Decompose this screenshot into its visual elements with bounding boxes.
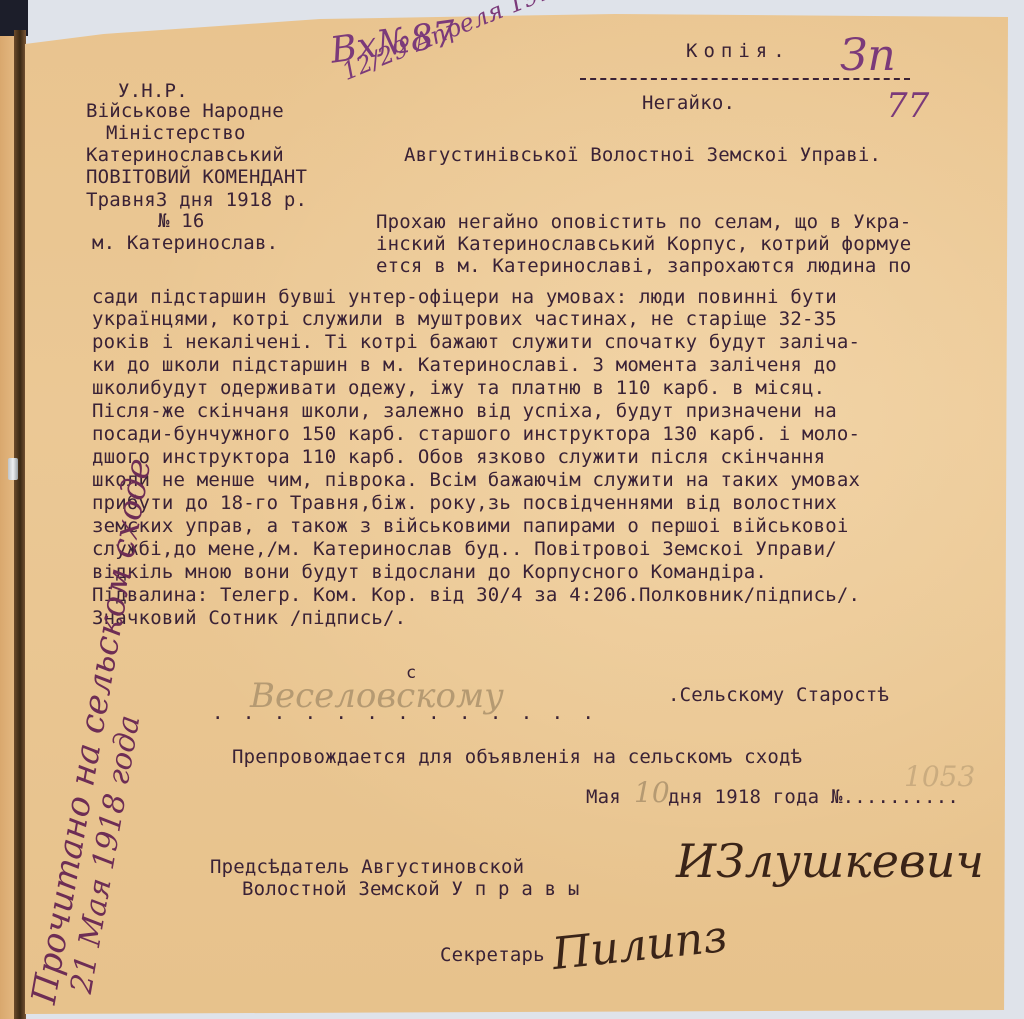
body-line: Підвалина: Телегр. Ком. Кор. від 30/4 за… [92,584,860,606]
header-unr: У.Н.Р. [118,80,188,102]
header-ministry-2: Міністерство [106,122,246,144]
chairman-title-1: Предсѣдатель Августиновской [210,856,524,878]
header-ministry-1: Військове Народне [86,100,284,122]
handwritten-village-name: Веселовскому [250,676,504,716]
body-line: прибути до 18-го Травня,біж. року,зь пос… [92,492,837,514]
header-city: м. Катеринослав. [92,232,278,254]
body-line: школи не менше чим, піврока. Всім бажаюч… [92,469,860,491]
body-line: Прохаю негайно оповістить по селам, що в… [376,211,911,233]
body-line: ки до школи підстаршин в м. Катеринослав… [92,354,837,376]
staple [8,458,18,480]
handwritten-outgoing-number: 1053 [904,760,975,793]
book-binding [14,30,26,1019]
elder-label: .Сельскому Старостѣ [668,684,889,706]
body-line: сади підстаршин бувші унтер-офіцери на у… [92,286,837,308]
body-line: школибудут одерживати одежу, іжу та плат… [92,377,825,399]
month-label: Мая [586,786,621,808]
body-line: посади-бунчужного 150 карб. старшого инс… [92,423,860,445]
handwritten-number: 77 [886,86,929,126]
header-region: Катеринославський [86,144,284,166]
urgent-label: Негайко. [642,92,735,114]
body-line: українцями, котрі служили в муштрових ча… [92,308,837,330]
header-commandant: ПОВІТОВИЙ КОМЕНДАНТ [86,166,307,188]
dashed-underline [580,78,910,80]
body-line: ется в м. Катеринославі, запрохаются люд… [376,255,911,277]
secretary-label: Секретарь [440,944,545,966]
header-number: № 16 [158,210,205,232]
village-superscript: с [406,662,416,684]
body-line: службі,до мене,/м. Катеринослав буд.. По… [92,538,837,560]
body-line: Після-же скінчаня школи, залежно від усп… [92,400,837,422]
body-line: земских управ, а також з військовими пап… [92,515,849,537]
handwritten-initials: Зп [840,30,896,81]
body-line: років і некалічені. Ті котрі бажают служ… [92,331,860,353]
body-line: відкіль мною вони будут відослани до Кор… [92,561,767,583]
forwarded-text: Препровождается для объявленія на сельск… [232,746,802,768]
addressee: Августинівської Волостноі Земскоі Управі… [404,144,881,166]
copy-label: Копія. [686,40,791,62]
chairman-signature: ИЗлушкевич [676,834,984,888]
header-date: Травня3 дня 1918 р. [86,189,307,211]
body-line: дшого инструктора 110 карб. Обов язково … [92,446,825,468]
handwritten-day: 10 [634,776,670,809]
body-line: Значковий Сотник /підпись/. [92,607,406,629]
body-line: інский Катеринославський Корпус, котрий … [376,233,911,255]
chairman-title-2: Волостной Земской У п р а в ы [242,878,580,900]
